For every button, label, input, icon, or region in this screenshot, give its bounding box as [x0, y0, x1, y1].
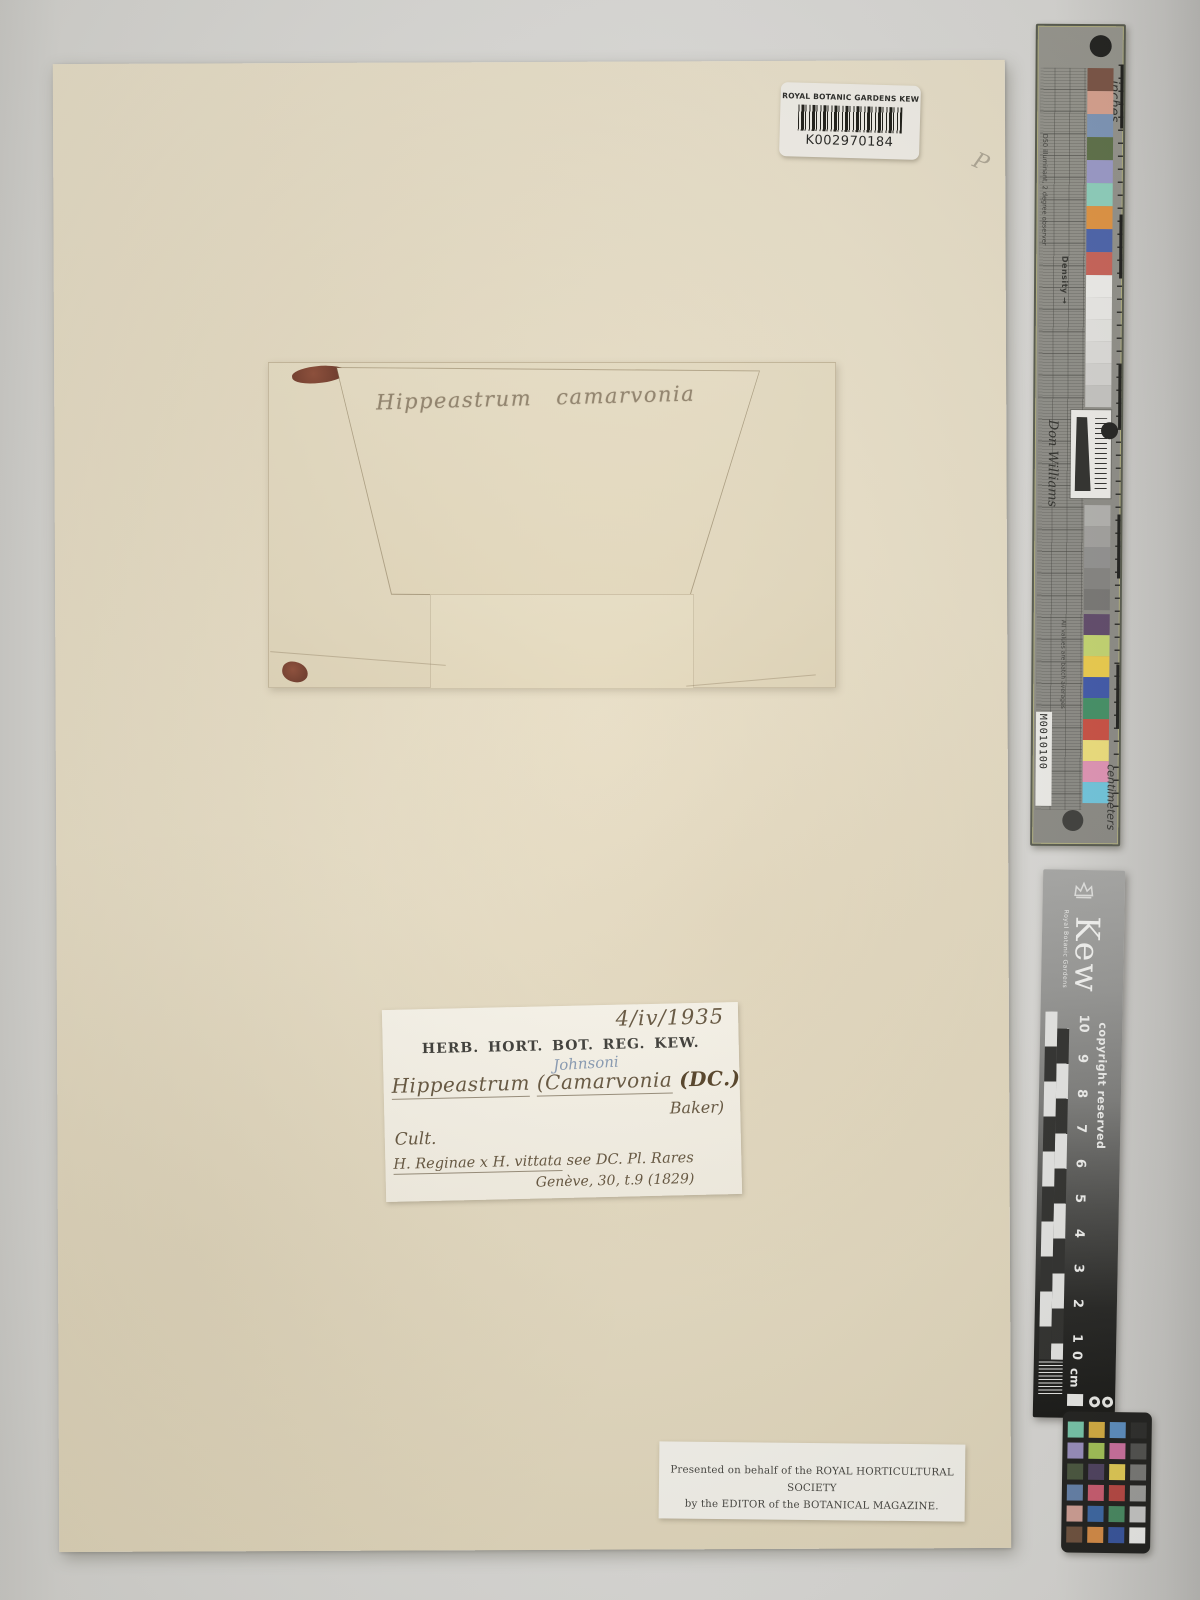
gray-patch [1085, 385, 1111, 407]
ruler-tip-icon [1089, 1396, 1100, 1407]
ruler-number: 3 [1069, 1261, 1087, 1276]
hybrid-note: H. Reginae x H. vittata see DC. Pl. Rare… [393, 1150, 694, 1173]
density-steps-dark [1084, 505, 1111, 610]
presentation-line2: by the EDITOR of the BOTANICAL MAGAZINE. [659, 1496, 965, 1516]
color-patch [1083, 719, 1109, 740]
gray-patch [1086, 275, 1112, 297]
checker-patch [1129, 1527, 1145, 1543]
illuminant-note: D50 illuminant, 2 degree observer [1040, 134, 1049, 246]
density-label: Density → [1060, 256, 1069, 304]
gray-patch [1086, 297, 1112, 319]
color-patch [1087, 91, 1113, 114]
epithet-author: (DC.) [679, 1066, 741, 1091]
checker-patch [1088, 1485, 1104, 1501]
color-patch [1086, 252, 1112, 275]
barcode-icon [798, 105, 903, 134]
ruler-number: 10 [1074, 1016, 1092, 1031]
ruler-tip-box [1067, 1394, 1083, 1406]
checker-patch [1089, 1422, 1105, 1438]
author-name: Baker) [670, 1097, 725, 1117]
color-patch [1087, 160, 1113, 183]
checker-patch [1130, 1443, 1146, 1459]
checker-patch [1067, 1442, 1083, 1458]
color-patch [1086, 206, 1112, 229]
gray-patch [1084, 568, 1110, 589]
ruler-number: 1 [1068, 1331, 1086, 1346]
checker-patch [1087, 1527, 1103, 1543]
signature-text: Don Williams [1044, 420, 1060, 507]
gray-patch [1086, 341, 1112, 363]
checker-patch [1088, 1443, 1104, 1459]
checker-patch [1129, 1506, 1145, 1522]
pencil-annotation: P [969, 148, 993, 177]
color-patch [1083, 677, 1109, 698]
label-date: 4/iv/1935 [615, 1004, 724, 1030]
label-heading: HERB. HORT. BOT. REG. KEW. [383, 1034, 739, 1058]
checker-patch [1108, 1527, 1124, 1543]
gray-patch [1084, 526, 1110, 547]
checker-patch [1087, 1506, 1103, 1522]
color-patch [1087, 68, 1113, 91]
barcode-institution: ROYAL BOTANIC GARDENS KEW [781, 91, 921, 104]
batch-code-box: M0010100 [1035, 712, 1052, 806]
color-patch [1087, 114, 1113, 137]
checker-patch [1067, 1463, 1083, 1479]
gray-patch [1084, 547, 1110, 568]
density-steps-light [1085, 275, 1112, 407]
color-patches-top [1086, 68, 1113, 275]
scientific-name-line: Hippeastrum (Camarvonia (DC.) [391, 1066, 740, 1098]
checker-patch [1130, 1485, 1146, 1501]
genus-name: Hippeastrum [391, 1071, 530, 1100]
presentation-label: Presented on behalf of the ROYAL HORTICU… [659, 1441, 966, 1521]
ruler-number: 7 [1072, 1121, 1090, 1136]
checker-patch [1131, 1422, 1147, 1438]
centimeter-checker-scale [1039, 1011, 1070, 1359]
determination-label: 4/iv/1935 HERB. HORT. BOT. REG. KEW. Joh… [382, 1002, 742, 1202]
reference-text: see DC. Pl. Rares [566, 1150, 693, 1169]
batch-note: All values are batch averages [1059, 620, 1067, 709]
ruler-number: 5 [1071, 1191, 1089, 1206]
reference-line2: Genève, 30, t.9 (1829) [536, 1171, 695, 1191]
ruler-tip-icon [1102, 1396, 1113, 1407]
color-checker-card [1061, 1411, 1152, 1553]
color-scale-ruler: inches D50 illuminant, 2 degree observer… [1030, 24, 1126, 847]
packet-tucked-panel [430, 594, 694, 689]
herbarium-sheet: P [53, 60, 1011, 1552]
gray-patch [1085, 363, 1111, 385]
color-patch [1083, 656, 1109, 677]
checker-patch [1067, 1484, 1083, 1500]
checker-patch [1066, 1505, 1082, 1521]
color-patch [1087, 183, 1113, 206]
millimeter-ticks [1038, 1361, 1063, 1395]
photo-stage: P ROYAL BOTANIC GARDENS KEW K002970184 H… [0, 0, 1200, 1600]
copyright-label: copyright reserved [1094, 1022, 1109, 1149]
color-patch [1083, 635, 1109, 656]
color-patch [1087, 137, 1113, 160]
gray-patch [1084, 589, 1110, 610]
checker-patch [1108, 1506, 1124, 1522]
checker-patch [1068, 1421, 1084, 1437]
royal-crest-icon [1071, 878, 1097, 904]
checker-patch [1110, 1422, 1126, 1438]
color-patch [1083, 698, 1109, 719]
checker-patch [1109, 1485, 1125, 1501]
registration-dot-icon [1090, 35, 1112, 57]
ruler-number: 0 [1068, 1348, 1086, 1363]
barcode-label: ROYAL BOTANIC GARDENS KEW K002970184 [779, 82, 921, 160]
presentation-line1: Presented on behalf of the ROYAL HORTICU… [659, 1462, 965, 1499]
checker-patch [1130, 1464, 1146, 1480]
gray-patch [1084, 505, 1110, 526]
checker-patch [1109, 1443, 1125, 1459]
ruler-number: 9 [1073, 1051, 1091, 1066]
checker-patch [1066, 1526, 1082, 1542]
ruler-number: 6 [1071, 1156, 1089, 1171]
specimen-packet: Hippeastrum camarvonia [268, 362, 836, 688]
gray-patch [1086, 319, 1112, 341]
checker-patch [1088, 1464, 1104, 1480]
registration-dot-icon [1062, 810, 1083, 831]
hybrid-formula: H. Reginae x H. vittata [393, 1153, 562, 1175]
ruler-number: 4 [1070, 1226, 1088, 1241]
barcode-number: K002970184 [779, 132, 919, 151]
ruler-number: 2 [1069, 1296, 1087, 1311]
color-patch [1083, 740, 1109, 761]
species-epithet: (Camarvonia [537, 1067, 673, 1096]
color-patch [1084, 614, 1110, 635]
batch-code: M0010100 [1037, 714, 1048, 770]
kew-scale-ruler: Royal Botanic Gardens Kew copyright rese… [1033, 869, 1126, 1418]
wedge-icon [1075, 417, 1092, 491]
kew-brand: Kew [1067, 916, 1107, 994]
color-patch [1086, 229, 1112, 252]
cultivated-note: Cult. [395, 1129, 437, 1150]
cm-unit-label: cm [1067, 1368, 1081, 1388]
ruler-number: 8 [1073, 1086, 1091, 1101]
checker-patch [1109, 1464, 1125, 1480]
